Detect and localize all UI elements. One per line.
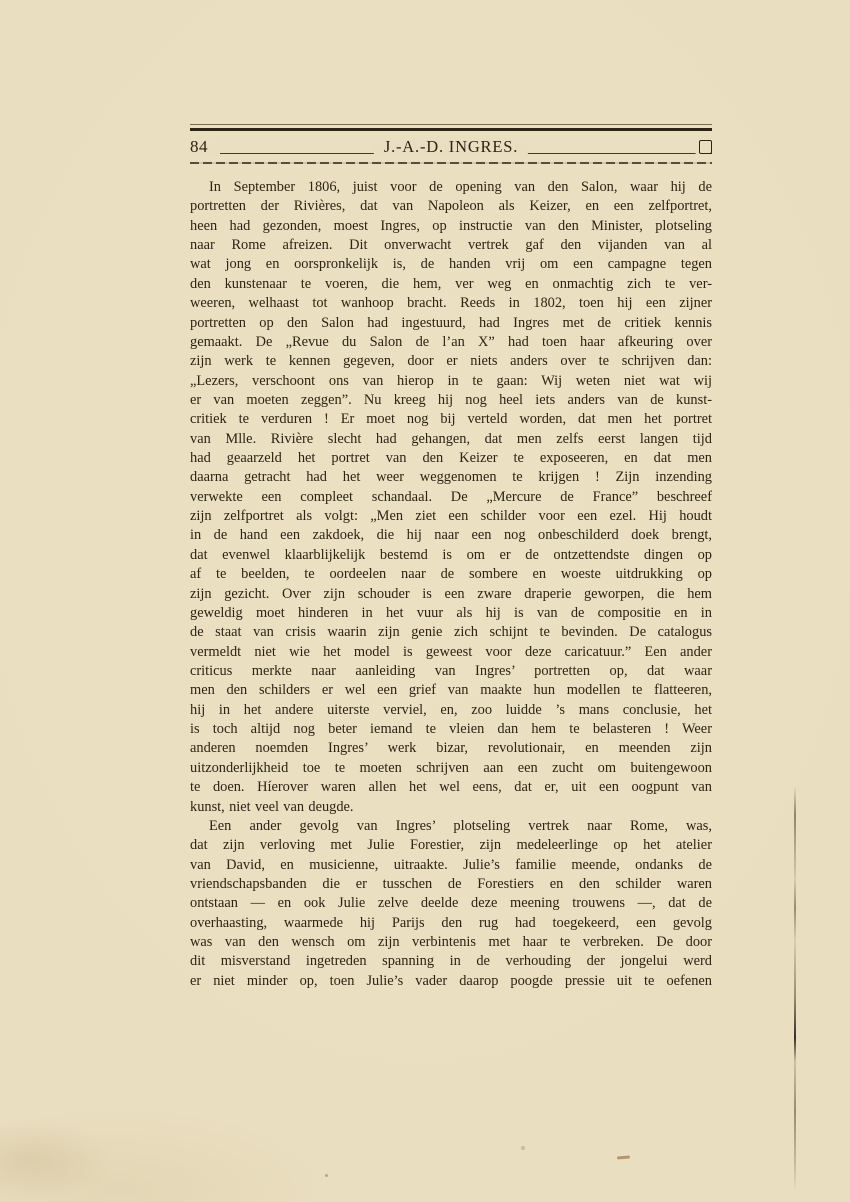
text-line: te doen. Híerover waren allen het wel ee… [190,778,712,797]
text-line: zijn gezicht. Over zijn schouder is een … [190,585,712,604]
text-line: portretten op den Salon had ingestuurd, … [190,314,712,333]
text-line: wat jong en oorspronkelijk is, de handen… [190,255,712,274]
text-line: vermeldt niet wie het model is geweest v… [190,643,712,662]
running-title: J.-A.-D. INGRES. [374,137,528,157]
square-box-icon [699,140,712,154]
page-header: 84 J.-A.-D. INGRES. [190,124,712,164]
text-line: dat evenwel klaarblijkelijk bestemd is o… [190,546,712,565]
header-top-rule [190,124,712,131]
text-line: men den schilders er wel een grief van m… [190,681,712,700]
paragraph: Een ander gevolg van Ingres’ plotseling … [190,817,712,991]
text-line: zijn zelfportret als volgt: „Men ziet ee… [190,507,712,526]
text-line: weeren, welhaast tot wanhoop bracht. Ree… [190,294,712,313]
text-line: er niet minder op, toen Julie’s vader da… [190,972,712,991]
text-line: gemaakt. De „Revue du Salon de l’an X” h… [190,333,712,352]
text-line: hij in het andere uiterste verviel, en, … [190,701,712,720]
scan-speck-dash [617,1156,630,1160]
text-line: In September 1806, juist voor de opening… [190,178,712,197]
text-line: van David, en musicienne, uitraakte. Jul… [190,856,712,875]
header-bottom-rule [190,162,712,164]
text-line: „Lezers, verschoont ons van hierop in te… [190,372,712,391]
text-line: naar Rome afreizen. Dit onverwacht vertr… [190,236,712,255]
text-line: vriendschapsbanden die er tusschen de Fo… [190,875,712,894]
text-line: critiek te verduren ! Er moet nog bij ve… [190,410,712,429]
text-line: anderen noemden Ingres’ werk bizar, revo… [190,739,712,758]
text-line: den kunstenaar te voeren, die hem, ver w… [190,275,712,294]
header-row: 84 J.-A.-D. INGRES. [190,131,712,158]
text-line: zijn werk te kennen gegeven, door er nie… [190,352,712,371]
scan-speck-dot [521,1146,525,1150]
text-line: overhaasting, waarmede hij Parijs den ru… [190,914,712,933]
text-line: portretten der Rivières, dat van Napoleo… [190,197,712,216]
page-content: 84 J.-A.-D. INGRES. In September 1806, j… [190,124,712,991]
text-line: is toch altijd nog beter iemand te vleie… [190,720,712,739]
text-line: er van moeten zeggen”. Nu kreeg hij nog … [190,391,712,410]
text-line: dat zijn verloving met Julie Forestier, … [190,836,712,855]
text-line: verwekte een compleet schandaal. De „Mer… [190,488,712,507]
text-line: de staat van crisis waarin zijn genie zi… [190,623,712,642]
text-line: heen had gezonden, moest Ingres, op inst… [190,217,712,236]
book-page: 84 J.-A.-D. INGRES. In September 1806, j… [0,0,850,1202]
page-number: 84 [190,137,220,157]
text-line: kunst, niet veel van deugde. [190,798,712,817]
text-line: uitzonderlijkheid toe te moeten schrijve… [190,759,712,778]
text-line: had geaarzeld het portret van den Keizer… [190,449,712,468]
body-text: In September 1806, juist voor de opening… [190,178,712,991]
paragraph: In September 1806, juist voor de opening… [190,178,712,817]
text-line: geweldig moet hinderen in het vuur als h… [190,604,712,623]
scan-speck-dot [325,1174,328,1177]
text-line: Een ander gevolg van Ingres’ plotseling … [190,817,712,836]
text-line: was van den wensch om zijn verbintenis m… [190,933,712,952]
text-line: criticus merkte naar aanleiding van Ingr… [190,662,712,681]
text-line: van Mlle. Rivière slecht had gehangen, d… [190,430,712,449]
text-line: af te beelden, te oordeelen naar de somb… [190,565,712,584]
text-line: daarna getracht had het weer weggenomen … [190,468,712,487]
text-line: ontstaan — en ook Julie zelve deelde dez… [190,894,712,913]
text-line: in de hand een zakdoek, die hij naar een… [190,526,712,545]
text-line: dit misverstand ingetreden spanning in d… [190,952,712,971]
scan-crease-artifact [794,786,796,1192]
